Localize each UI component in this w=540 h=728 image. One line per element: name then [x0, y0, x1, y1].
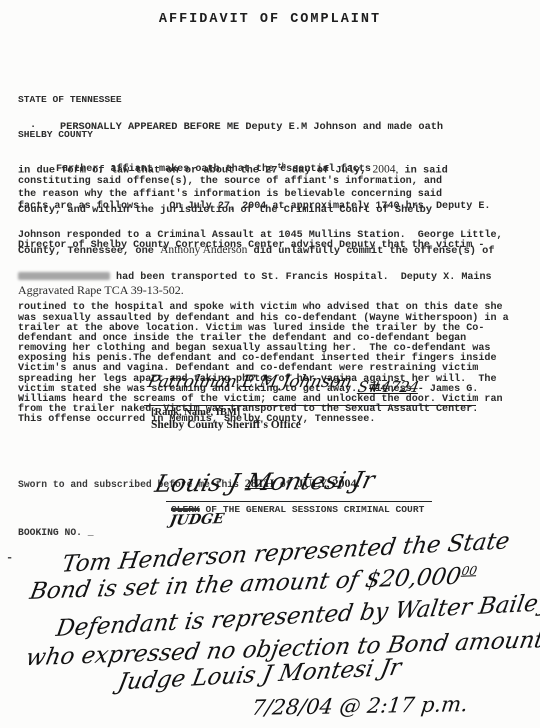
paragraph-line: constituting said offense(s), the source… — [18, 176, 490, 188]
paragraph-line: the reason why the affiant's information… — [18, 189, 490, 201]
affidavit-document-page: AFFIDAVIT OF COMPLAINT STATE OF TENNESSE… — [0, 0, 540, 728]
document-title: AFFIDAVIT OF COMPLAINT — [0, 12, 540, 27]
judge-signature-underline — [166, 501, 432, 502]
bullet-mark: · — [18, 121, 60, 134]
paragraph-line: ·PERSONALLY APPEARED BEFORE ME Deputy E.… — [18, 121, 495, 134]
stray-mark: - — [6, 551, 13, 565]
affiant-signature-script: Patrolman E M Johnson — [146, 372, 354, 392]
booking-number-value: _ — [88, 527, 94, 538]
redaction-bar — [18, 272, 110, 280]
booking-number-label: BOOKING NO. — [18, 527, 88, 538]
signature-underline — [144, 405, 476, 406]
judge-correction: JUDGE — [168, 511, 225, 529]
bond-cents-superscript: 00 — [460, 563, 478, 578]
booking-number-line: BOOKING NO. _ — [18, 527, 94, 538]
paragraph-line: Director of Shelby County Corrections Ce… — [18, 241, 509, 251]
sheriffs-office-label: Shelby County Sheriff's Office — [151, 419, 301, 431]
facts-lines-before-redaction: Johnson responded to a Criminal Assault … — [18, 231, 509, 251]
facts-paragraph: Johnson responded to a Criminal Assault … — [18, 211, 509, 446]
paragraph-line: Further, affiant makes oath that the ess… — [18, 164, 490, 176]
judge-signature-script: Louis J Montesi Jr — [152, 466, 377, 498]
redacted-line: had been transported to St. Francis Hosp… — [18, 272, 509, 283]
badge-number: S#4724 — [356, 378, 420, 396]
rank-name-ibm-label: [Rank, Name, IBM] — [151, 407, 240, 418]
note-datetime: 7/28/04 @ 2:17 p.m. — [251, 692, 470, 720]
facts-intro-paragraph: Further, affiant makes oath that the ess… — [18, 164, 490, 213]
facts-lines-after-redaction: routined to the hospital and spoke with … — [18, 303, 509, 425]
